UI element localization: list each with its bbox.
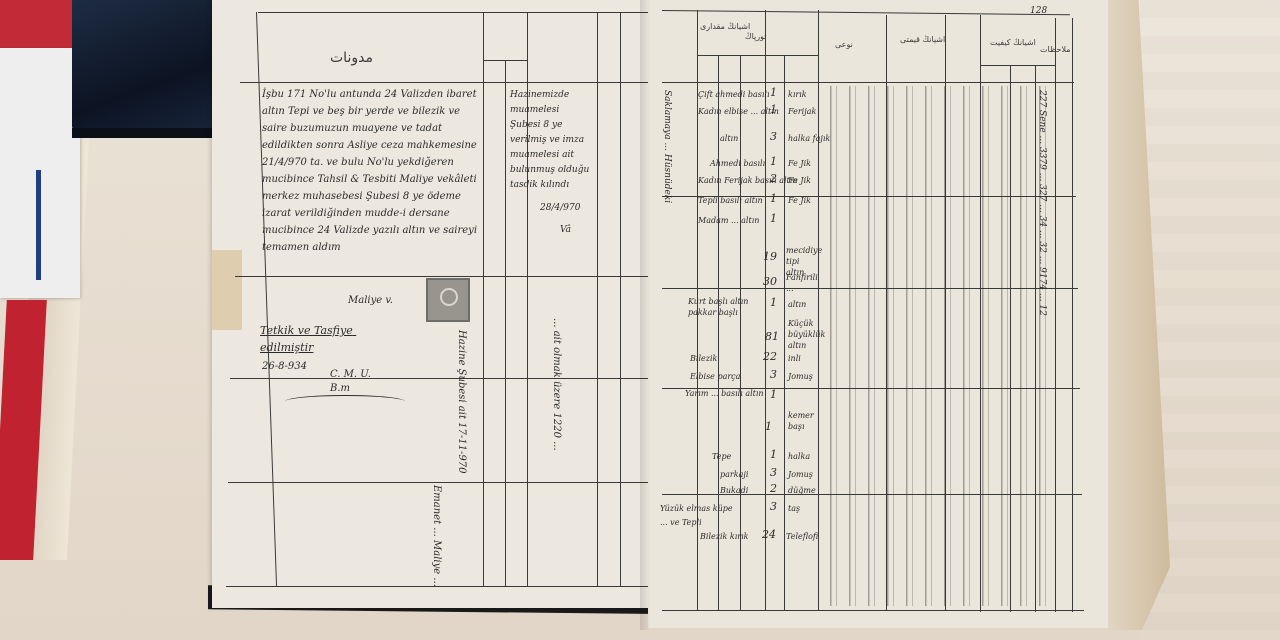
item-count: 1: [770, 212, 777, 225]
item-description: Kadın Ferijak basılı altın: [698, 172, 797, 189]
item-count: 1: [770, 192, 777, 205]
rotated-remarks-text: 227 Sene ... 3379 ... 327 ... 34 ... 32 …: [1033, 90, 1050, 316]
item-count: 1: [770, 155, 777, 168]
item-note: Fe Jik: [788, 192, 811, 209]
grid-line: [230, 378, 650, 379]
left-header-title: مدونات: [330, 50, 373, 66]
left-entry-tetkik: Tetkik ve Tasfiye edilmiştir: [260, 322, 370, 356]
item-description: Çift ahmedi basılı: [698, 86, 770, 103]
rotated-note: ... ait olmak üzere 1220 ...: [548, 318, 565, 451]
grid-line: [240, 82, 650, 83]
item-description: ... ve Tepli: [660, 514, 702, 531]
grid-line: [718, 55, 719, 610]
item-count: 30: [763, 275, 777, 288]
item-description: parkaji: [720, 466, 748, 483]
item-note: Fanfirili ...: [786, 272, 818, 294]
grid-line: [697, 55, 818, 56]
item-count: 3: [770, 500, 777, 513]
rotated-note: Hazine Şubesi ait 17-11-970: [453, 330, 470, 473]
item-description: Tepe: [712, 448, 731, 465]
side-label: Saklamaya ... Hüsnüdeki: [658, 90, 675, 203]
right-header-col: تورپاڭ: [745, 32, 766, 41]
item-note: düğme: [788, 482, 816, 499]
grid-line: [662, 610, 1084, 611]
item-note: taş: [788, 500, 800, 517]
item-note: kemer başı: [788, 410, 818, 432]
item-count: 81: [765, 330, 779, 343]
item-count: 1: [770, 296, 777, 309]
grid-line: [784, 55, 785, 610]
grid-line: [235, 276, 650, 277]
item-description: altın: [720, 130, 738, 147]
left-entry-date: 26-8-934: [262, 358, 307, 375]
right-header-col: اشیانڭ قیمتی: [900, 35, 945, 44]
item-note: Fe Jik: [788, 172, 811, 189]
grid-line: [980, 65, 1055, 66]
right-header-col: ملاحظات: [1040, 45, 1071, 54]
grid-line: [483, 60, 527, 61]
item-description: Madam ... altın: [698, 212, 759, 229]
item-count: 19: [763, 250, 777, 263]
middle-note-sign: Vâ: [560, 222, 571, 239]
item-description: Tepli basılı altın: [698, 192, 763, 209]
left-entry-main: İşbu 171 No'lu antunda 24 Valizden ibare…: [262, 86, 480, 256]
grid-line: [483, 12, 484, 587]
page-gutter: [640, 0, 658, 630]
middle-note-date: 28/4/970: [540, 200, 580, 217]
grid-line: [505, 60, 506, 587]
item-count: 2: [770, 482, 777, 495]
item-count: 22: [763, 350, 777, 363]
item-note: Jomuş: [788, 368, 813, 385]
item-note: Küçük büyüklük altın: [788, 318, 818, 351]
page-number: 128: [1030, 3, 1047, 20]
item-note: Ferijak: [788, 103, 816, 120]
revenue-stamp: [426, 278, 470, 322]
middle-note: Hazinemizde muamelesi Şubesi 8 ye verilm…: [510, 88, 590, 193]
grid-line: [597, 12, 598, 587]
repair-tape: [212, 250, 242, 330]
right-header-col: نوعی: [835, 40, 853, 49]
item-count: 3: [770, 130, 777, 143]
left-entry-maliye: Maliye v.: [348, 292, 393, 309]
item-note: inli: [788, 350, 801, 367]
grid-line: [740, 55, 741, 610]
item-description: Kadın elbise ... altın: [698, 103, 779, 120]
item-count: 3: [770, 368, 777, 381]
item-note: halka: [788, 448, 810, 465]
item-note: Jomuş: [788, 466, 813, 483]
item-note: Teleflofi: [786, 528, 818, 545]
rotated-note: Emanet ... Maliye ...: [428, 485, 445, 587]
item-description: Bukadi: [720, 482, 748, 499]
grid-line: [662, 82, 1074, 83]
grid-line: [620, 12, 621, 587]
grid-line: [258, 12, 650, 13]
item-note: altın: [788, 296, 806, 313]
item-description: Ahmedi basılı: [710, 155, 765, 172]
item-note: Fe Jik: [788, 155, 811, 172]
right-header-col: اشیانڭ مقداری: [700, 22, 750, 31]
grid-line: [1072, 18, 1073, 612]
item-description: Bilezik kırık: [700, 528, 749, 545]
grid-line: [1055, 18, 1056, 612]
item-count: 3: [770, 466, 777, 479]
item-count: 1: [770, 103, 777, 116]
item-count: 1: [770, 388, 777, 401]
right-header-col: اشیانڭ کیفیت: [990, 38, 1036, 47]
item-count: 1: [765, 420, 772, 433]
item-description: Yarım ... basılı altın: [685, 388, 765, 399]
item-note: kırık: [788, 86, 807, 103]
signature-flourish: [285, 395, 405, 408]
item-count: 24: [762, 528, 776, 541]
grid-line: [228, 482, 650, 483]
blue-binding: [36, 170, 41, 280]
item-count: 1: [770, 86, 777, 99]
item-count: 2: [770, 172, 777, 185]
rotated-handwritten-remarks: [822, 86, 1052, 606]
item-description: Bilezik: [690, 350, 717, 367]
grid-line: [818, 10, 819, 610]
item-description: Elbise parça: [690, 368, 740, 385]
item-description: Kurt başlı altın pakkar başlı: [688, 296, 764, 318]
item-count: 1: [770, 448, 777, 461]
